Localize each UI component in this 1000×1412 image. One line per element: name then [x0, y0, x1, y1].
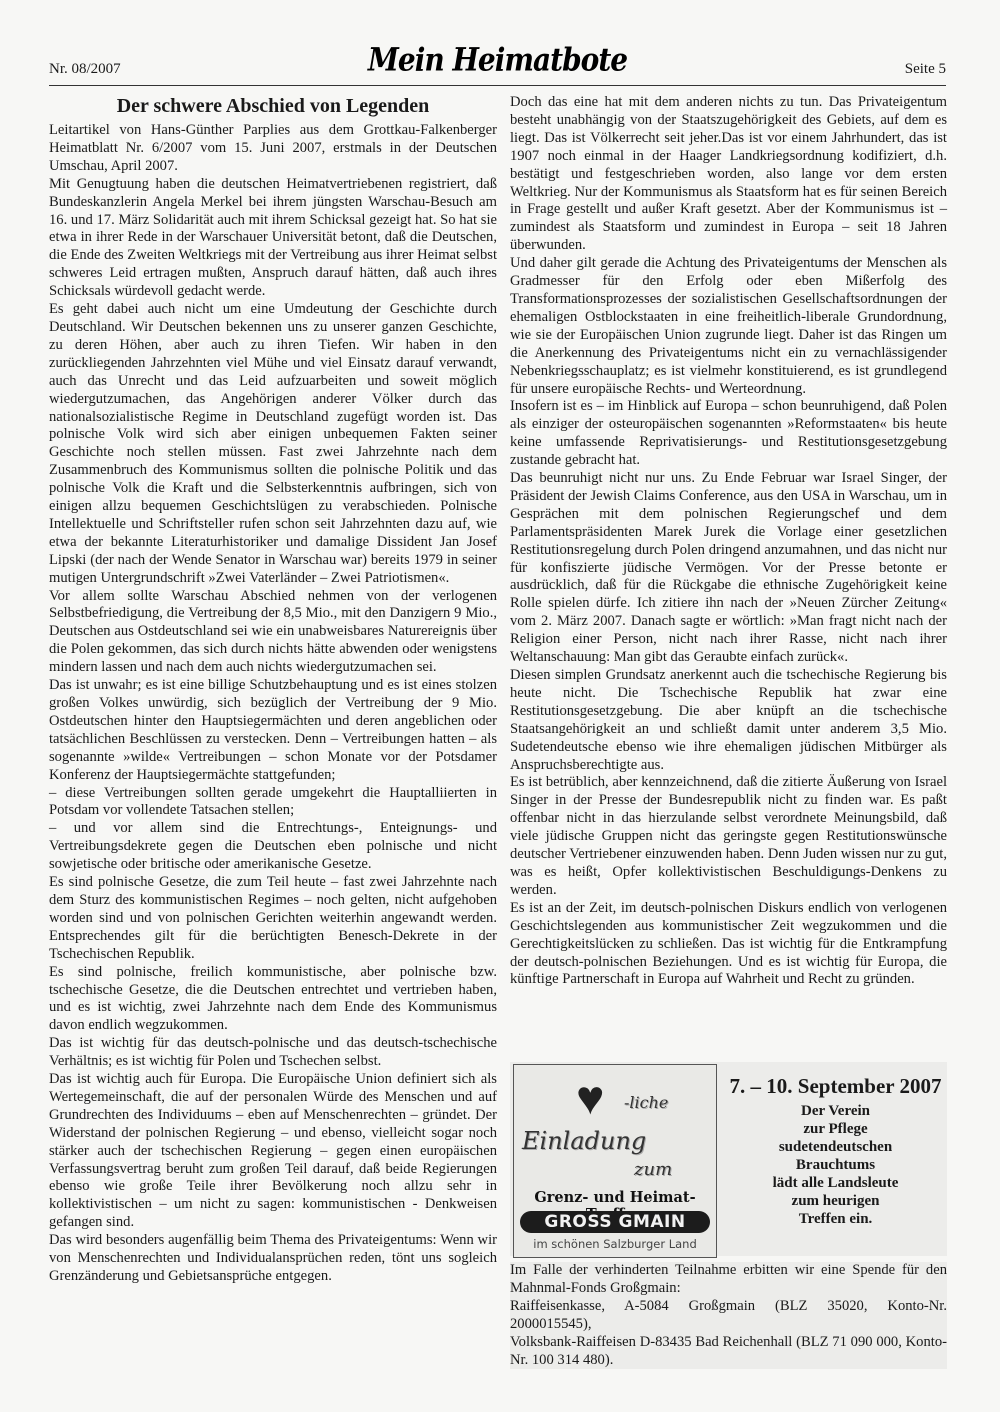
donation-intro: Im Falle der verhinderten Teilnahme erbi… — [510, 1262, 947, 1298]
event-text-line: Der Verein — [724, 1102, 947, 1120]
article-paragraph: Es sind polnische Gesetze, die zum Teil … — [49, 874, 497, 964]
article-paragraph: Es geht dabei auch nicht um eine Umdeutu… — [49, 301, 497, 588]
event-text-line: sudetendeutschen — [724, 1138, 947, 1156]
article-paragraph: Vor allem sollte Warschau Abschied nehme… — [49, 588, 497, 678]
event-text-line: zur Pflege — [724, 1120, 947, 1138]
byline-paragraph: Leitartikel von Hans-Günther Parplies au… — [49, 122, 497, 176]
invitation-graphic: ♥ -liche Einladung zum Grenz- und Heimat… — [513, 1064, 717, 1258]
event-text-line: zum heurigen — [724, 1192, 947, 1210]
page-number: Seite 5 — [905, 61, 946, 78]
gross-gmain-banner: GROSS GMAIN — [520, 1211, 710, 1233]
script-zum: zum — [634, 1159, 672, 1180]
article-paragraph: Das ist unwahr; es ist eine billige Schu… — [49, 677, 497, 784]
event-text-line: Treffen ein. — [724, 1210, 947, 1228]
donation-bank-1: Raiffeisenkasse, A-5084 Großgmain (BLZ 3… — [510, 1298, 947, 1334]
article-paragraph: Es ist an der Zeit, im deutsch-polnische… — [510, 900, 947, 990]
article-paragraph: Das ist wichtig auch für Europa. Die Eur… — [49, 1071, 497, 1232]
event-text-line: lädt alle Landsleute — [724, 1174, 947, 1192]
article-paragraph: Insofern ist es – im Hinblick auf Europa… — [510, 398, 947, 470]
article-paragraph: Diesen simplen Grundsatz anerkennt auch … — [510, 667, 947, 774]
article-paragraph: Es ist betrüblich, aber kennzeichnend, d… — [510, 774, 947, 899]
article-paragraph: Es sind polnische, freilich kommunistisc… — [49, 964, 497, 1036]
article-paragraph: Das beunruhigt nicht nur uns. Zu Ende Fe… — [510, 470, 947, 667]
script-einladung: Einladung — [522, 1127, 646, 1155]
article-paragraph: Das wird besonders augenfällig beim Them… — [49, 1232, 497, 1286]
event-info: 7. – 10. September 2007 Der Verein zur P… — [724, 1072, 947, 1228]
article-title: Der schwere Abschied von Legenden — [49, 94, 497, 118]
left-column: Der schwere Abschied von Legenden Leitar… — [49, 94, 497, 1286]
event-text-line: Brauchtums — [724, 1156, 947, 1174]
page-header: Nr. 08/2007 Mein Heimatbote Seite 5 — [49, 55, 946, 86]
donation-notice: Im Falle der verhinderten Teilnahme erbi… — [510, 1262, 947, 1369]
article-paragraph: Und daher gilt gerade die Achtung des Pr… — [510, 255, 947, 398]
article-paragraph: – und vor allem sind die Entrechtungs-, … — [49, 820, 497, 874]
heart-icon: ♥ — [576, 1075, 605, 1123]
right-column: Doch das eine hat mit dem anderen nichts… — [510, 94, 947, 989]
masthead-logo: Mein Heimatbote — [49, 41, 946, 79]
event-date: 7. – 10. September 2007 — [724, 1072, 947, 1100]
article-paragraph: Doch das eine hat mit dem anderen nichts… — [510, 94, 947, 255]
ad-subtitle: im schönen Salzburger Land — [514, 1237, 716, 1251]
script-liche: -liche — [624, 1093, 668, 1112]
event-advertisement: ♥ -liche Einladung zum Grenz- und Heimat… — [510, 1062, 947, 1256]
article-paragraph: Mit Genugtuung haben die deutschen Heima… — [49, 176, 497, 301]
article-paragraph: Das ist wichtig für das deutsch-polnisch… — [49, 1035, 497, 1071]
article-paragraph: – diese Vertreibungen sollten gerade umg… — [49, 785, 497, 821]
donation-bank-2: Volksbank-Raiffeisen D-83435 Bad Reichen… — [510, 1334, 947, 1370]
